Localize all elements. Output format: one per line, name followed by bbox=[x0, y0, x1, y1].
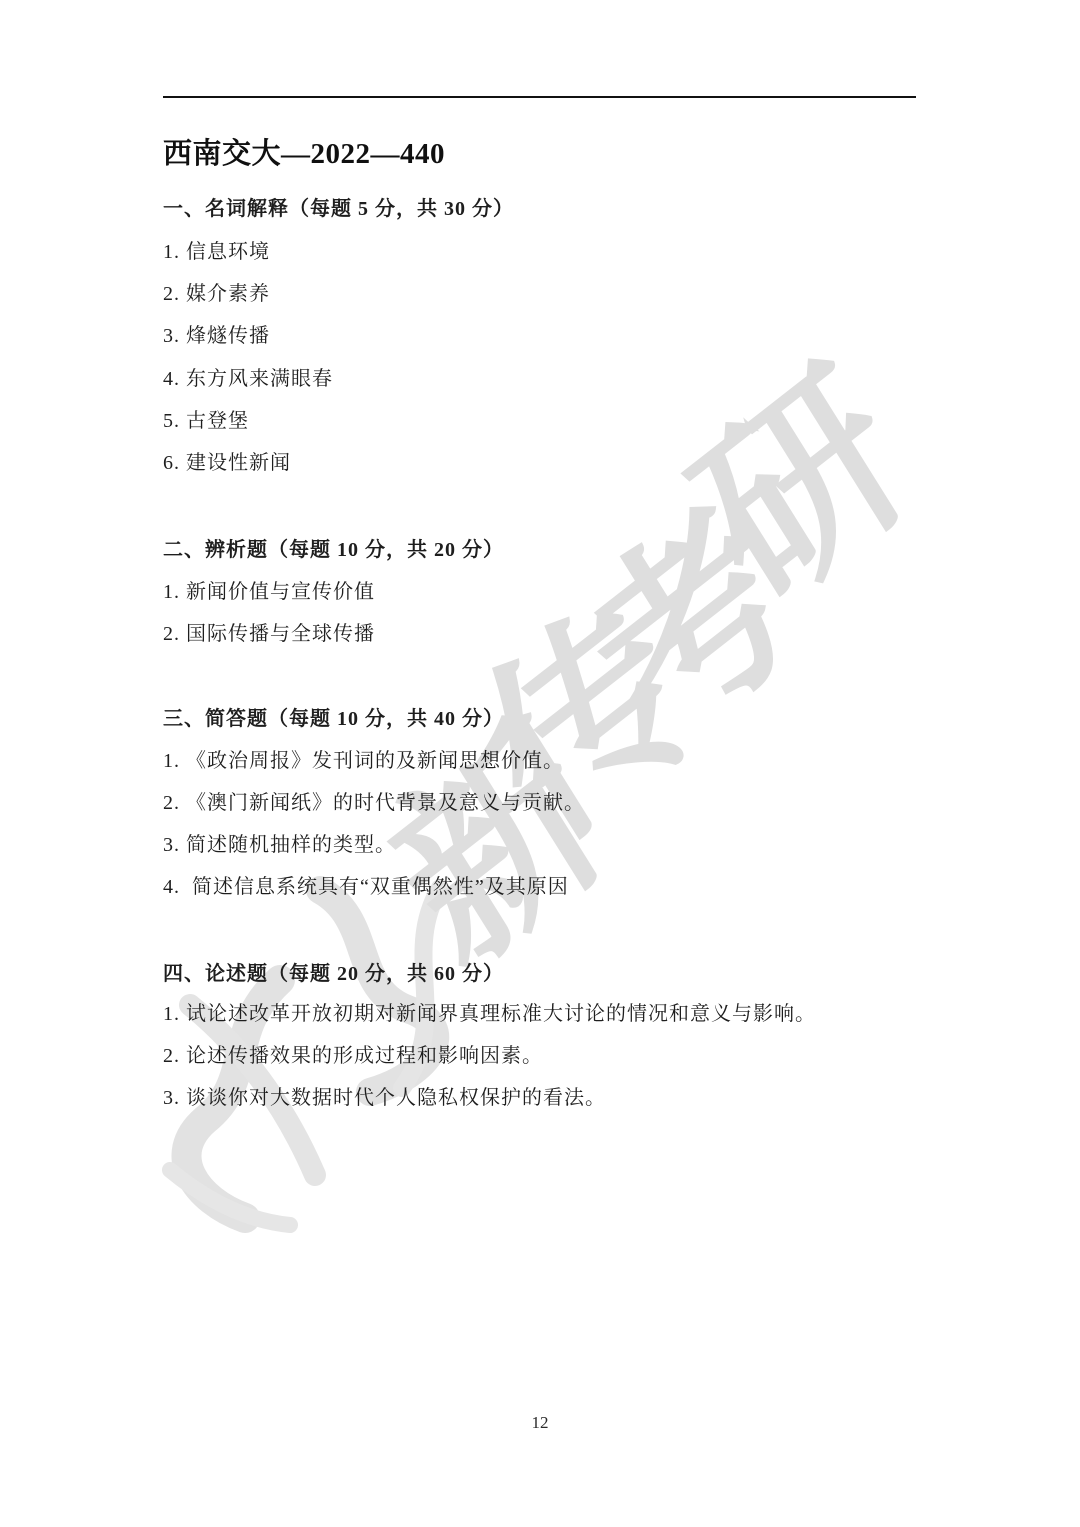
question-item: 6. 建设性新闻 bbox=[163, 449, 291, 477]
question-item: 2. 论述传播效果的形成过程和影响因素。 bbox=[163, 1042, 543, 1070]
question-item: 3. 谈谈你对大数据时代个人隐私权保护的看法。 bbox=[163, 1084, 606, 1112]
section-4-heading: 四、论述题（每题 20 分，共 60 分） bbox=[163, 960, 504, 988]
page-title: 西南交大—2022—440 bbox=[163, 136, 445, 172]
document-page: 新 传 考 研 西南交大—2022—440 一、名词解释（每题 5 分，共 30… bbox=[0, 0, 1080, 1527]
question-item: 3. 简述随机抽样的类型。 bbox=[163, 831, 396, 859]
question-item: 2. 《澳门新闻纸》的时代背景及意义与贡献。 bbox=[163, 789, 585, 817]
question-item: 3. 烽燧传播 bbox=[163, 322, 270, 350]
section-3-heading: 三、简答题（每题 10 分，共 40 分） bbox=[163, 705, 504, 733]
section-1-heading: 一、名词解释（每题 5 分，共 30 分） bbox=[163, 195, 514, 223]
header-rule bbox=[163, 96, 916, 98]
question-item: 4. 简述信息系统具有“双重偶然性”及其原因 bbox=[163, 873, 569, 901]
question-item: 1. 试论述改革开放初期对新闻界真理标准大讨论的情况和意义与影响。 bbox=[163, 1000, 816, 1028]
question-item: 4. 东方风来满眼春 bbox=[163, 365, 333, 393]
question-item: 1. 新闻价值与宣传价值 bbox=[163, 578, 375, 606]
question-item: 2. 媒介素养 bbox=[163, 280, 270, 308]
question-item: 5. 古登堡 bbox=[163, 407, 249, 435]
question-item: 1. 《政治周报》发刊词的及新闻思想价值。 bbox=[163, 747, 564, 775]
question-item: 2. 国际传播与全球传播 bbox=[163, 620, 375, 648]
page-number: 12 bbox=[0, 1411, 1080, 1435]
question-item: 1. 信息环境 bbox=[163, 238, 270, 266]
section-2-heading: 二、辨析题（每题 10 分，共 20 分） bbox=[163, 536, 504, 564]
